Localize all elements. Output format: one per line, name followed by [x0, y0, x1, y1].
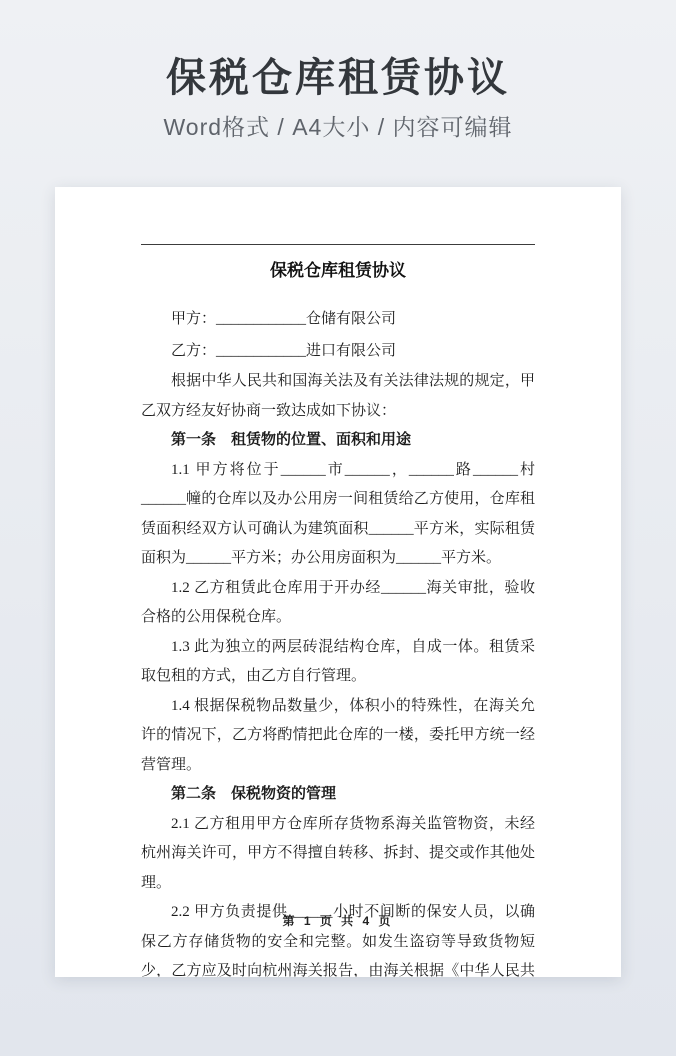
party-b-line: 乙方：____________进口有限公司: [141, 335, 535, 367]
page-background: 保税仓库租赁协议 Word格式 / A4大小 / 内容可编辑 保税仓库租赁协议 …: [0, 0, 676, 977]
page-subtitle: Word格式 / A4大小 / 内容可编辑: [0, 113, 676, 141]
clause-2-1: 2.1 乙方租用甲方仓库所存货物系海关监管物资，未经杭州海关许可，甲方不得擅自转…: [141, 810, 535, 899]
document-page: 保税仓库租赁协议 甲方：____________仓储有限公司 乙方：______…: [55, 187, 621, 977]
clause-1-heading: 第一条 租赁物的位置、面积和用途: [141, 426, 535, 456]
clause-1-2: 1.2 乙方租赁此仓库用于开办经______海关审批，验收合格的公用保税仓库。: [141, 574, 535, 633]
party-a-line: 甲方：____________仓储有限公司: [141, 303, 535, 335]
promo-header: 保税仓库租赁协议 Word格式 / A4大小 / 内容可编辑: [0, 0, 676, 141]
clause-1-3: 1.3 此为独立的两层砖混结构仓库，自成一体。租赁采取包租的方式，由乙方自行管理…: [141, 633, 535, 692]
clause-1-4: 1.4 根据保税物品数量少，体积小的特殊性，在海关允许的情况下，乙方将酌情把此仓…: [141, 692, 535, 781]
document-title: 保税仓库租赁协议: [141, 259, 535, 283]
clause-2-heading: 第二条 保税物资的管理: [141, 780, 535, 810]
letterhead-divider: [141, 244, 535, 245]
page-number: 第 1 页 共 4 页: [55, 912, 621, 929]
page-title: 保税仓库租赁协议: [0, 55, 676, 101]
clause-2-2: 2.2 甲方负责提供______小时不间断的保安人员，以确保乙方存储货物的安全和…: [141, 898, 535, 977]
clause-1-1: 1.1 甲方将位于______市______，______路______村___…: [141, 456, 535, 574]
preamble-paragraph: 根据中华人民共和国海关法及有关法律法规的规定，甲乙双方经友好协商一致达成如下协议…: [141, 367, 535, 426]
